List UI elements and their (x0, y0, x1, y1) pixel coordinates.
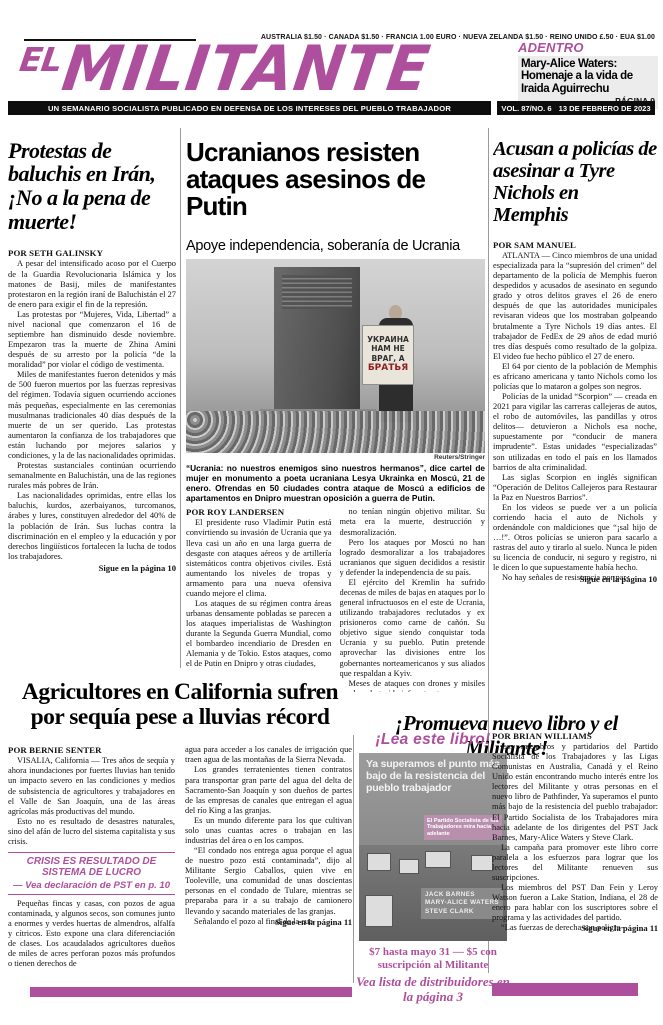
distributors-note: Vea lista de distribuidores en la página… (356, 975, 510, 1005)
paragraph: Meses de ataques con drones y misiles qu… (340, 679, 486, 692)
paragraph: agua para acceder a los canales de irrig… (185, 745, 352, 765)
paragraph: no tenían ningún objetivo militar. Su me… (340, 507, 486, 537)
title-militante: MILITANTE (58, 40, 433, 99)
paragraph: Las siglas Scorpion en inglés significan… (493, 473, 657, 503)
paragraph: Las protestas por “Mujeres, Vida, Libert… (8, 310, 176, 370)
callout-reference: — Vea declaración de PST en p. 10 (8, 880, 175, 891)
california-byline: POR BERNIE SENTER (8, 745, 175, 755)
paragraph: Los grandes terratenientes tienen contra… (185, 765, 352, 815)
photo-caption: “Ucrania: no nuestros enemigos sino nues… (186, 463, 485, 503)
paragraph: Los miembros y partidarios del Partido S… (492, 742, 658, 843)
cover-photo-sign (367, 853, 391, 871)
author-name: JACK BARNES (425, 891, 499, 900)
sign-line: УКРАИНА (367, 336, 409, 344)
author-name: STEVE CLARK (425, 908, 499, 917)
promo-box: ¡Lea este libro! Ya superamos el punto m… (356, 731, 510, 1005)
banner-bar: UN SEMANARIO SOCIALISTA PUBLICADO EN DEF… (8, 101, 655, 115)
adentro-label: ADENTRO (518, 40, 658, 55)
author-name: MARY-ALICE WATERS (425, 899, 499, 908)
paragraph: Esto no es resultado de desastres natura… (8, 817, 175, 847)
sign-line: НАМ НЕ (371, 345, 405, 353)
monument (274, 267, 360, 413)
paragraph: Protestas sustanciales continúan ocurrie… (8, 461, 176, 491)
book-authors: JACK BARNES MARY-ALICE WATERS STEVE CLAR… (421, 888, 503, 920)
paragraph: El ejército del Kremlin ha sufrido decen… (340, 578, 486, 679)
book-cover-title: Ya superamos el punto más bajo de la res… (359, 753, 507, 794)
paragraph: Los miembros del PST Dan Fein y Leroy Wa… (492, 883, 658, 923)
iran-continuation: Sigue en la página 10 (8, 563, 176, 573)
magenta-bar-right (492, 983, 638, 996)
cover-photo-sign (365, 895, 393, 927)
flower-offerings (186, 411, 485, 453)
magenta-bar-left (30, 987, 352, 997)
paragraph: A pesar del intensificado acoso por el C… (8, 259, 176, 309)
book-cover-badge: El Partido Socialista de los Trabajadore… (424, 815, 502, 840)
paragraph: ATLANTA — Cinco miembros de una unidad e… (493, 251, 657, 362)
cover-photo-sign (425, 851, 451, 868)
paragraph: La campaña para promover este libro corr… (492, 843, 658, 883)
paragraph: VISALIA, California — Tres años de sequí… (8, 756, 175, 816)
callout-title: CRISIS ES RESULTADO DE SISTEMA DE LUCRO (8, 856, 175, 879)
adentro-box: ADENTRO Mary-Alice Waters: Homenaje a la… (518, 40, 658, 109)
memphis-byline: POR SAM MANUEL (493, 240, 657, 250)
adentro-headline: Mary-Alice Waters: Homenaje a la vida de… (521, 58, 655, 95)
ukraine-subhead: Apoye independencia, soberanía de Ucrani… (186, 238, 485, 254)
sign-line: БРАТЬЯ (368, 364, 408, 374)
paragraph: Pequeñas fincas y casas, con pozos de ag… (8, 899, 175, 970)
newspaper-front-page: AUSTRALIA $1.50 · CANADA $1.50 · FRANCIA… (0, 0, 663, 1025)
photo-credit: Reuters/Stringer (186, 454, 485, 461)
crisis-callout: CRISIS ES RESULTADO DE SISTEMA DE LUCRO … (8, 852, 175, 895)
cover-photo-sign (471, 855, 493, 871)
issue-date: 13 DE FEBRERO DE 2023 (559, 104, 651, 113)
ukraine-byline: POR ROY LANDERSEN (186, 507, 332, 517)
iran-headline: Protestas de baluchis en Irán, ¡No a la … (8, 139, 176, 234)
article-iran: Protestas de baluchis en Irán, ¡No a la … (8, 124, 176, 669)
column-rule-left (180, 128, 181, 668)
promo-lead: ¡Lea este libro! (356, 731, 510, 749)
campaign-byline: POR BRIAN WILLIAMS (492, 731, 658, 741)
promo-price: $7 hasta mayo 31 — $5 con suscripción al… (356, 946, 510, 972)
paragraph: El presidente ruso Vladímir Putin está c… (186, 518, 332, 599)
column-rule-promo (353, 735, 354, 983)
article-ukraine: Ucranianos resisten ataques asesinos de … (186, 122, 485, 692)
paragraph: Policías de la unidad “Scorpion” — cread… (493, 392, 657, 473)
article-campaign: POR BRIAN WILLIAMS Los miembros y partid… (492, 731, 658, 981)
sign-line: ВРАГ, А (371, 355, 404, 363)
article-california: Agricultores en California sufren por se… (8, 664, 352, 986)
california-body: POR BERNIE SENTER VISALIA, California — … (8, 745, 352, 969)
paragraph: “El condado nos entrega agua porque el a… (185, 846, 352, 917)
paragraph: Las nacionalidades oprimidas, entre ella… (8, 491, 176, 562)
title-el: EL (17, 40, 64, 79)
book-cover: Ya superamos el punto más bajo de la res… (359, 753, 507, 941)
paragraph: Miles de manifestantes fueron detenidos … (8, 370, 176, 461)
memphis-headline: Acusan a policías de asesinar a Tyre Nic… (493, 138, 657, 227)
paragraph: Los ataques de su régimen contra áreas u… (186, 599, 332, 670)
lead-photo: УКРАИНА НАМ НЕ ВРАГ, А БРАТЬЯ (186, 259, 485, 453)
paragraph: Es un mundo diferente para los que culti… (185, 816, 352, 846)
iran-byline: POR SETH GALINSKY (8, 248, 176, 258)
paragraph: Pero los ataques por Moscú no han lograd… (340, 538, 486, 578)
california-col2: agua para acceder a los canales de irrig… (185, 745, 352, 969)
paragraph: El 64 por ciento de la población de Memp… (493, 362, 657, 392)
article-memphis: Acusan a policías de asesinar a Tyre Nic… (493, 124, 657, 692)
california-col1: POR BERNIE SENTER VISALIA, California — … (8, 745, 175, 969)
ukraine-headline: Ucranianos resisten ataques asesinos de … (186, 139, 485, 220)
california-headline: Agricultores en California sufren por se… (8, 680, 352, 730)
monument-inscription (282, 275, 352, 309)
tagline: UN SEMANARIO SOCIALISTA PUBLICADO EN DEF… (8, 101, 491, 115)
issue-info: VOL. 87/NO. 6 13 DE FEBRERO DE 2023 (497, 101, 655, 115)
protest-sign: УКРАИНА НАМ НЕ ВРАГ, А БРАТЬЯ (362, 325, 414, 385)
ukraine-col2: no tenían ningún objetivo militar. Su me… (340, 507, 486, 692)
paragraph: En los videos se puede ver a un policía … (493, 503, 657, 574)
newspaper-title: ELMILITANTE (20, 40, 429, 98)
volume-number: VOL. 87/NO. 6 (501, 104, 551, 113)
cover-photo-sign (399, 859, 419, 874)
